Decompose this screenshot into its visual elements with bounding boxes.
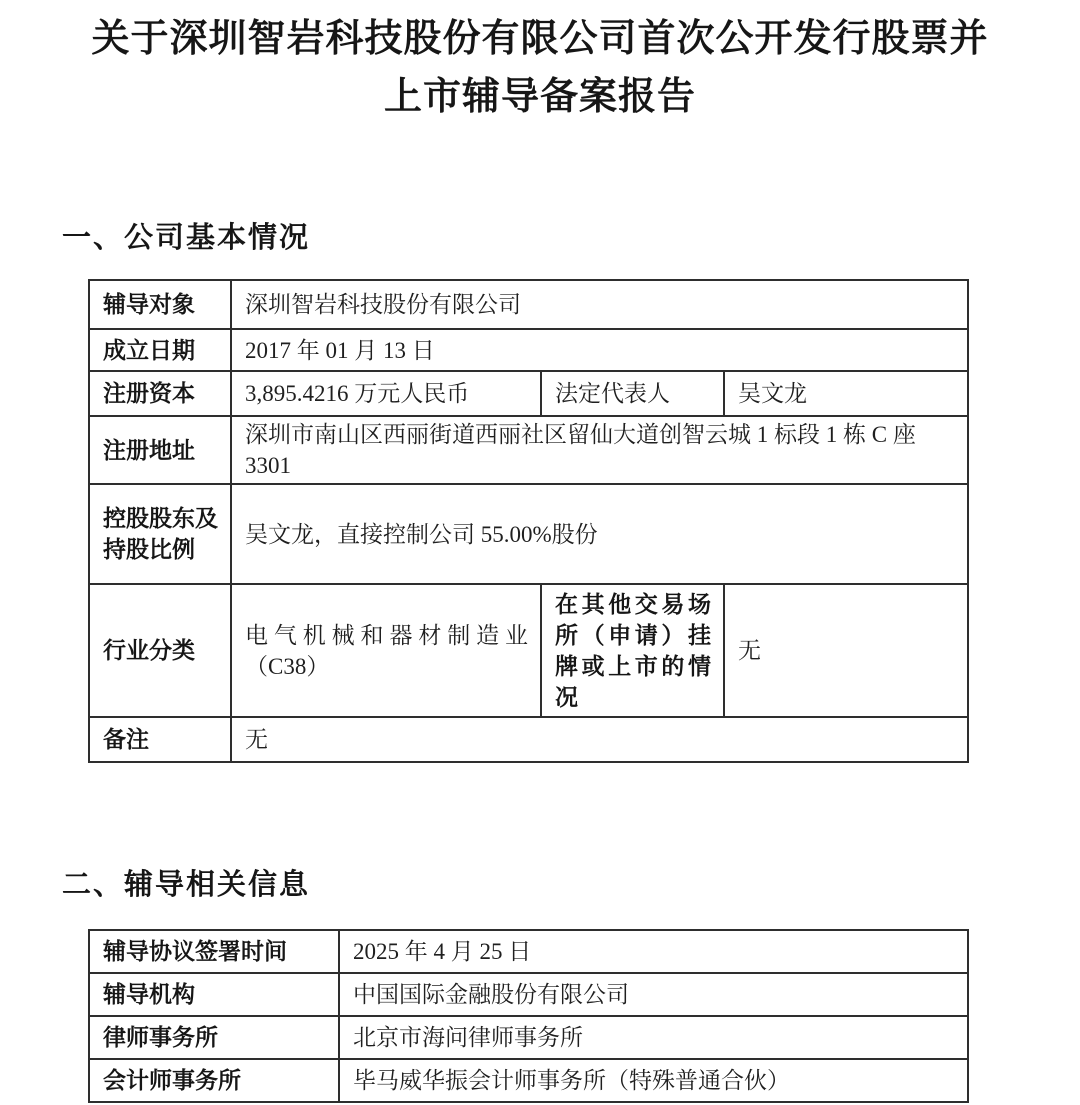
table-row-remarks: 备注 无 — [89, 717, 968, 762]
table-row-counseling-institution: 辅导机构 中国国际金融股份有限公司 — [89, 973, 968, 1016]
table-row-establishment-date: 成立日期 2017 年 01 月 13 日 — [89, 329, 968, 371]
document-title-line1: 关于深圳智岩科技股份有限公司首次公开发行股票并 — [0, 10, 1080, 68]
table-row-registered-capital: 注册资本 3,895.4216 万元人民币 法定代表人 吴文龙 — [89, 371, 968, 416]
company-basic-info-table: 辅导对象 深圳智岩科技股份有限公司 成立日期 2017 年 01 月 13 日 … — [88, 279, 969, 763]
label-cell: 会计师事务所 — [89, 1059, 339, 1102]
value-cell: 中国国际金融股份有限公司 — [339, 973, 968, 1016]
label-cell: 注册地址 — [89, 416, 231, 484]
document-title: 关于深圳智岩科技股份有限公司首次公开发行股票并 上市辅导备案报告 — [0, 0, 1080, 126]
label-cell: 控股股东及持股比例 — [89, 484, 231, 584]
label-cell: 备注 — [89, 717, 231, 762]
section-heading-company-basic-info: 一、公司基本情况 — [62, 218, 1080, 258]
value-cell: 无 — [231, 717, 968, 762]
label-cell: 辅导机构 — [89, 973, 339, 1016]
value-cell: 深圳市南山区西丽街道西丽社区留仙大道创智云城 1 标段 1 栋 C 座 3301 — [231, 416, 968, 484]
value-cell: 3,895.4216 万元人民币 — [231, 371, 541, 416]
document-page: 关于深圳智岩科技股份有限公司首次公开发行股票并 上市辅导备案报告 一、公司基本情… — [0, 0, 1080, 1105]
label-cell: 律师事务所 — [89, 1016, 339, 1059]
table-row-agreement-signing-date: 辅导协议签署时间 2025 年 4 月 25 日 — [89, 930, 968, 973]
counseling-info-table: 辅导协议签署时间 2025 年 4 月 25 日 辅导机构 中国国际金融股份有限… — [88, 929, 969, 1103]
value-cell-other-listing: 无 — [724, 584, 968, 717]
value-cell: 深圳智岩科技股份有限公司 — [231, 280, 968, 329]
value-cell: 2025 年 4 月 25 日 — [339, 930, 968, 973]
table-row-counseling-target: 辅导对象 深圳智岩科技股份有限公司 — [89, 280, 968, 329]
value-cell: 毕马威华振会计师事务所（特殊普通合伙） — [339, 1059, 968, 1102]
table-row-registered-address: 注册地址 深圳市南山区西丽街道西丽社区留仙大道创智云城 1 标段 1 栋 C 座… — [89, 416, 968, 484]
value-cell: 电气机械和器材制造业（C38） — [231, 584, 541, 717]
table-row-accounting-firm: 会计师事务所 毕马威华振会计师事务所（特殊普通合伙） — [89, 1059, 968, 1102]
label-cell-legal-representative: 法定代表人 — [541, 371, 724, 416]
table-row-controlling-shareholder: 控股股东及持股比例 吴文龙，直接控制公司 55.00%股份 — [89, 484, 968, 584]
label-cell: 辅导对象 — [89, 280, 231, 329]
label-cell: 行业分类 — [89, 584, 231, 717]
section-heading-counseling-info: 二、辅导相关信息 — [62, 865, 1080, 905]
value-cell: 吴文龙，直接控制公司 55.00%股份 — [231, 484, 968, 584]
label-cell: 注册资本 — [89, 371, 231, 416]
value-cell: 北京市海问律师事务所 — [339, 1016, 968, 1059]
label-cell: 辅导协议签署时间 — [89, 930, 339, 973]
table-row-law-firm: 律师事务所 北京市海问律师事务所 — [89, 1016, 968, 1059]
table-row-industry-classification: 行业分类 电气机械和器材制造业（C38） 在其他交易场所（申请）挂牌或上市的情况… — [89, 584, 968, 717]
value-cell: 2017 年 01 月 13 日 — [231, 329, 968, 371]
label-cell: 成立日期 — [89, 329, 231, 371]
label-cell-other-listing: 在其他交易场所（申请）挂牌或上市的情况 — [541, 584, 724, 717]
document-title-line2: 上市辅导备案报告 — [0, 68, 1080, 126]
value-cell-legal-representative: 吴文龙 — [724, 371, 968, 416]
